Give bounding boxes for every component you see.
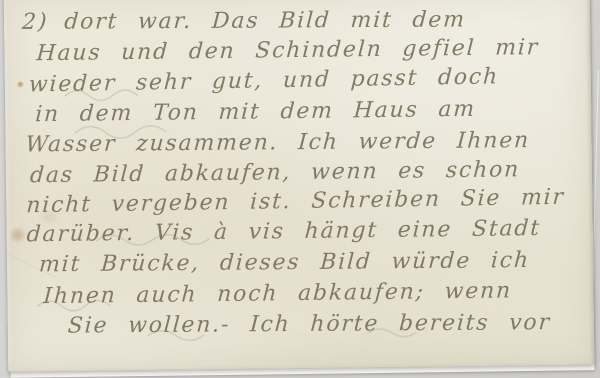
scanned-letter-photo: 2)dort war. Das Bild mit dem Haus und de… — [0, 0, 600, 378]
page-number-marker: 2) — [21, 10, 49, 35]
handwritten-line: nicht vergeben ist. Schreiben Sie mir — [26, 185, 566, 218]
handwritten-line: mit Brücke, dieses Bild würde ich — [38, 248, 530, 277]
line-text: dort war. Das Bild mit dem — [63, 7, 466, 34]
handwritten-line: Wasser zusammen. Ich werde Ihnen — [25, 128, 531, 157]
handwritten-line: Sie wollen.- Ich hörte bereits vor — [67, 310, 552, 338]
letter-body: 2)dort war. Das Bild mit dem Haus und de… — [4, 0, 595, 372]
handwritten-line: Haus und den Schindeln gefiel mir — [36, 35, 540, 66]
handwritten-line: Ihnen auch noch abkaufen; wenn — [43, 278, 513, 309]
handwritten-line: 2)dort war. Das Bild mit dem — [21, 7, 466, 34]
handwritten-line: in dem Ton mit dem Haus am — [34, 97, 476, 127]
background-sheet-edge — [592, 70, 599, 290]
handwritten-line: darüber. Vis à vis hängt eine Stadt — [26, 216, 542, 247]
handwritten-line: wieder sehr gut, und passt doch — [28, 64, 499, 97]
letter-paper: 2)dort war. Das Bild mit dem Haus und de… — [4, 0, 595, 372]
handwritten-line: das Bild abkaufen, wenn es schon — [29, 157, 521, 188]
